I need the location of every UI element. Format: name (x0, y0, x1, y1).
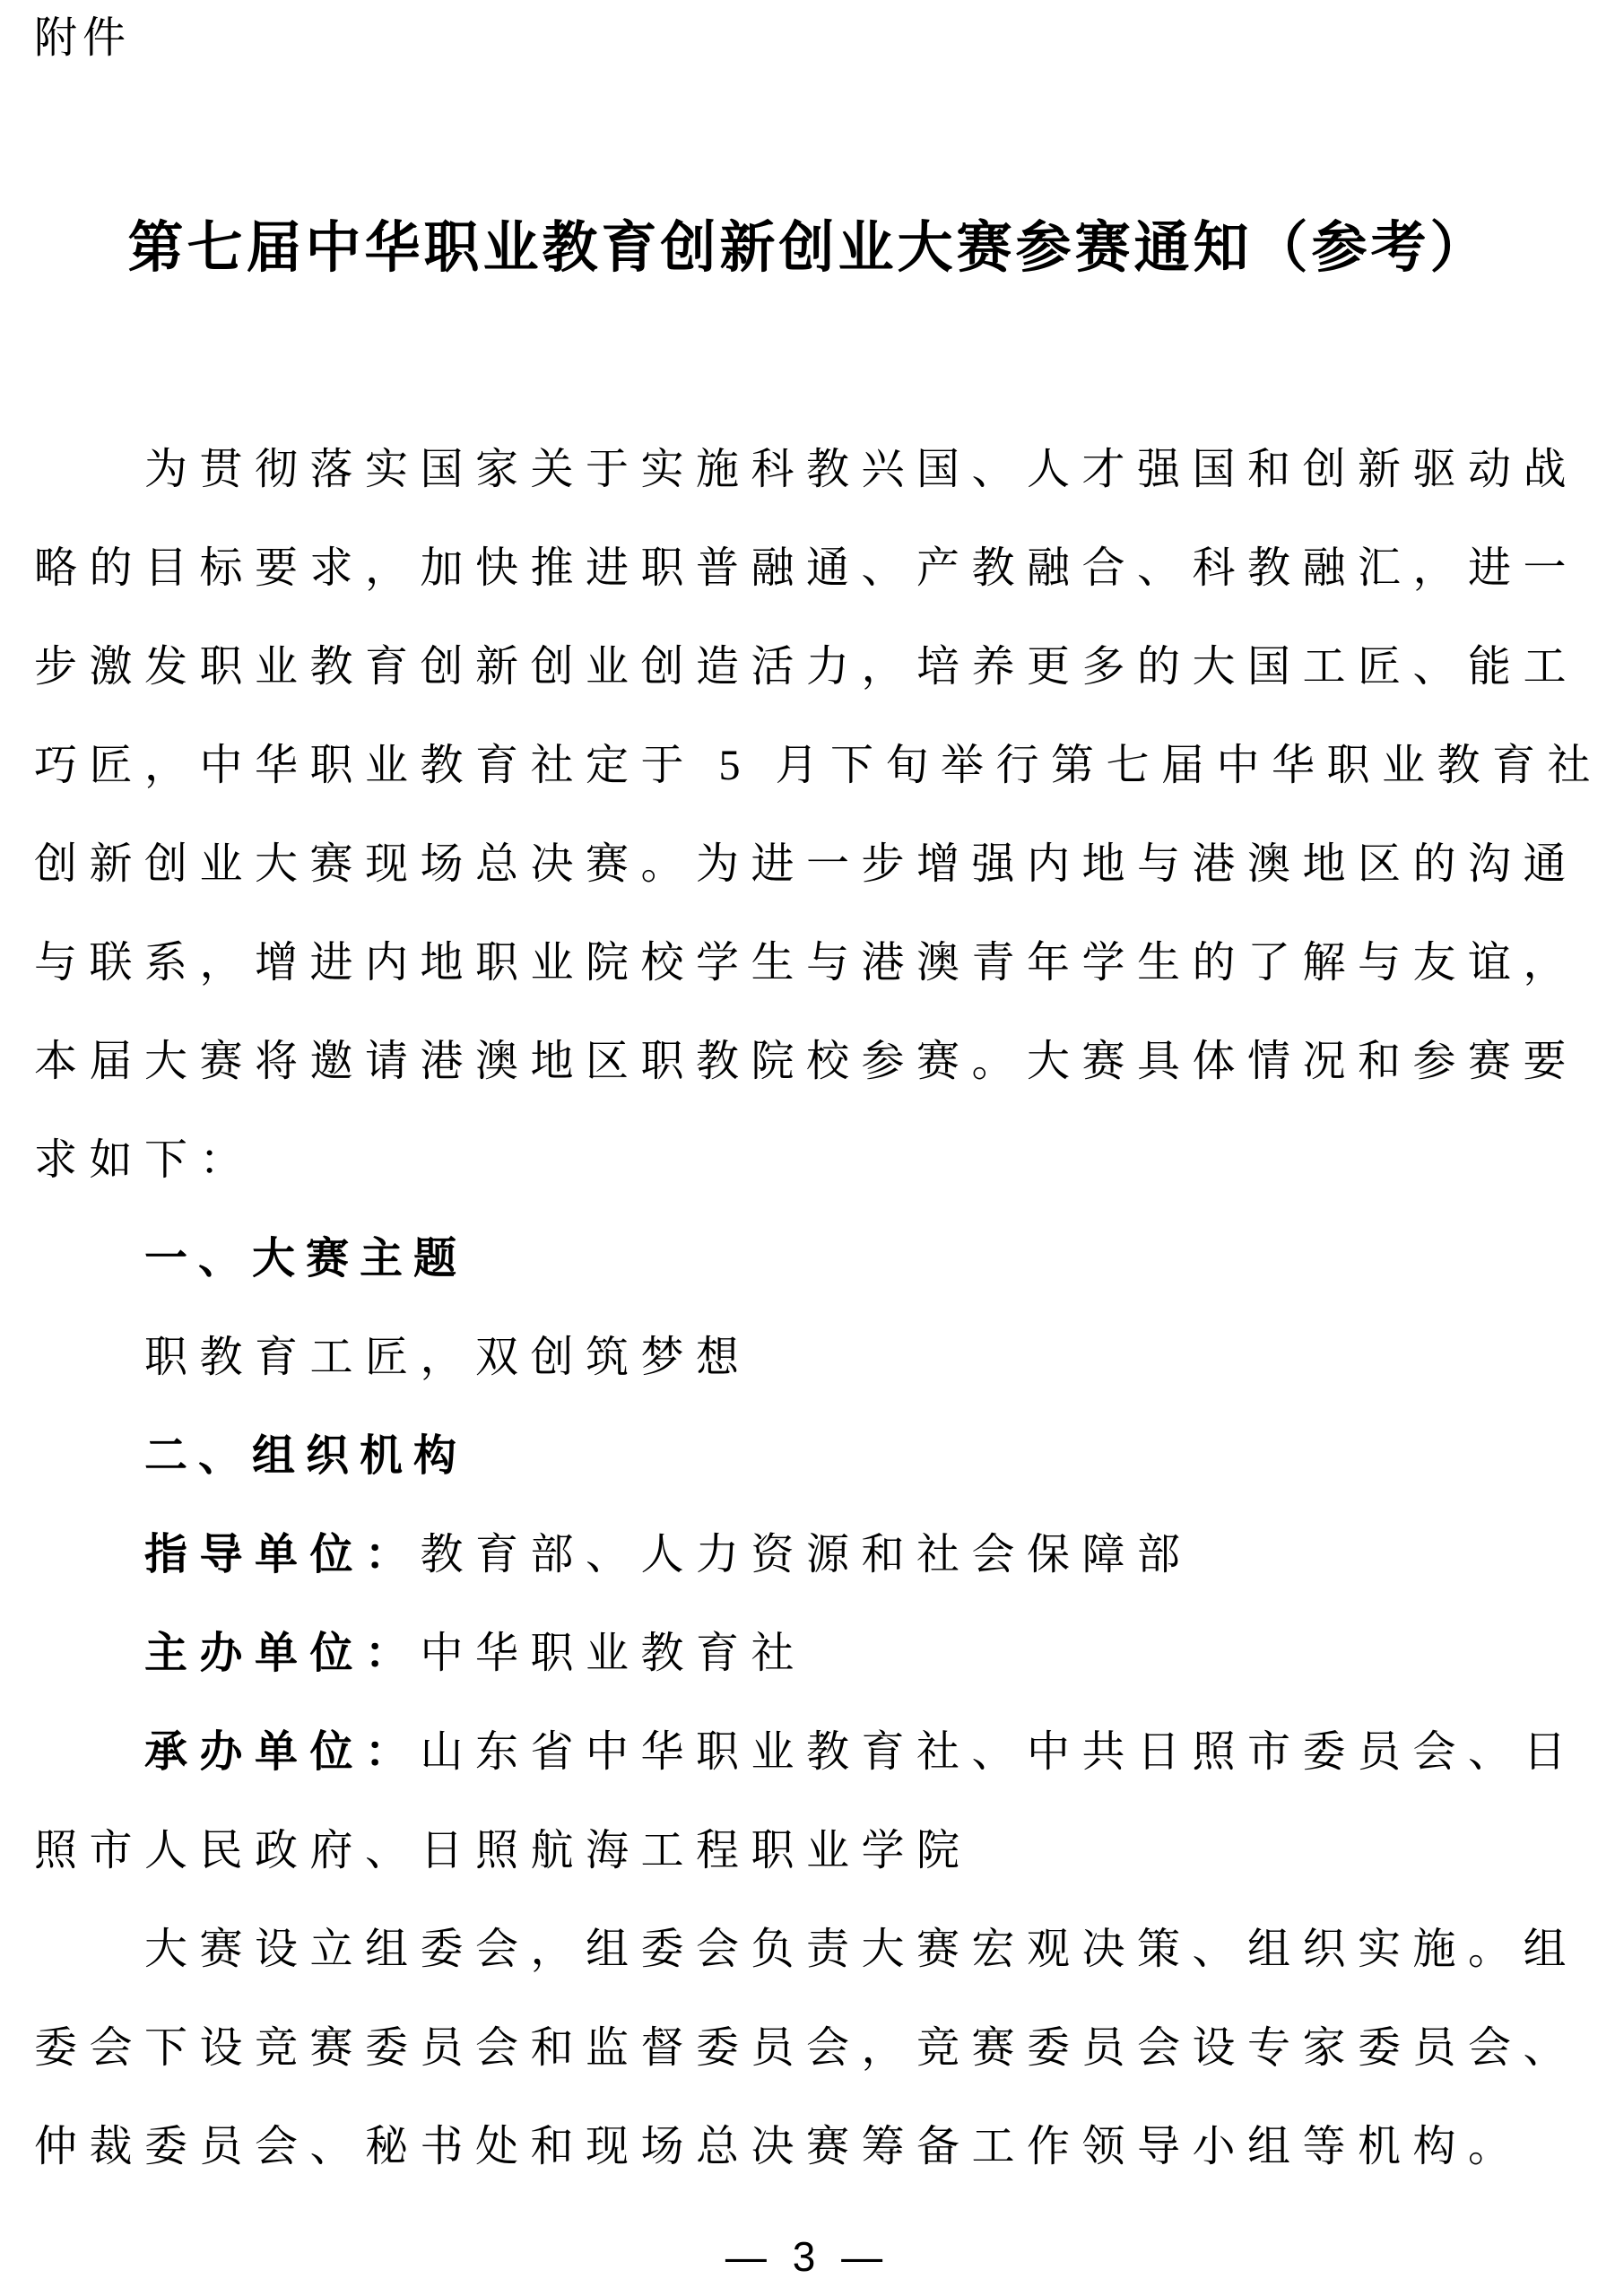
organizer-unit-value: 山东省中华职业教育社、中共日照市委员会、日 (421, 1728, 1579, 1776)
organizer-unit-line: 承办单位：山东省中华职业教育社、中共日照市委员会、日 (34, 1703, 1583, 1802)
paragraph-line: 略的目标要求，加快推进职普融通、产教融合、科教融汇，进一 (34, 519, 1583, 618)
host-unit-line: 主办单位：中华职业教育社 (34, 1605, 1583, 1703)
document-body: 为贯彻落实国家关于实施科教兴国、人才强国和创新驱动战 略的目标要求，加快推进职普… (34, 421, 1583, 2196)
attachment-label: 附件 (34, 11, 1583, 66)
paragraph-line: 与联系，增进内地职业院校学生与港澳青年学生的了解与友谊， (34, 914, 1583, 1013)
paragraph-line: 巧匠，中华职业教育社定于 5 月下旬举行第七届中华职业教育社 (34, 717, 1583, 815)
organizer-unit-continuation: 照市人民政府、日照航海工程职业学院 (34, 1802, 1583, 1900)
guide-unit-value: 教育部、人力资源和社会保障部 (421, 1531, 1193, 1578)
host-unit-value: 中华职业教育社 (421, 1630, 807, 1677)
guide-unit-label: 指导单位： (144, 1531, 421, 1578)
section-heading-theme: 一、大赛主题 (34, 1210, 1583, 1309)
section-heading-organization: 二、组织机构 (34, 1407, 1583, 1506)
document-page: 附件 第七届中华职业教育创新创业大赛参赛通知（参考） 为贯彻落实国家关于实施科教… (0, 0, 1615, 2296)
paragraph-line: 创新创业大赛现场总决赛。为进一步增强内地与港澳地区的沟通 (34, 815, 1583, 914)
host-unit-label: 主办单位： (144, 1630, 421, 1677)
paragraph-line: 为贯彻落实国家关于实施科教兴国、人才强国和创新驱动战 (34, 421, 1583, 519)
page-number: — 3 — (0, 2233, 1615, 2280)
guide-unit-line: 指导单位：教育部、人力资源和社会保障部 (34, 1506, 1583, 1605)
paragraph-line: 大赛设立组委会，组委会负责大赛宏观决策、组织实施。组 (34, 1900, 1583, 1999)
competition-theme-text: 职教育工匠，双创筑梦想 (34, 1309, 1583, 1407)
document-title: 第七届中华职业教育创新创业大赛参赛通知（参考） (34, 212, 1583, 285)
paragraph-line: 本届大赛将邀请港澳地区职教院校参赛。大赛具体情况和参赛要 (34, 1013, 1583, 1111)
paragraph-line: 委会下设竞赛委员会和监督委员会，竞赛委员会设专家委员会、 (34, 1999, 1583, 2098)
organizer-unit-label: 承办单位： (144, 1728, 421, 1776)
paragraph-line: 仲裁委员会、秘书处和现场总决赛筹备工作领导小组等机构。 (34, 2098, 1583, 2196)
paragraph-line: 步激发职业教育创新创业创造活力，培养更多的大国工匠、能工 (34, 618, 1583, 717)
paragraph-line: 求如下： (34, 1111, 1583, 1210)
